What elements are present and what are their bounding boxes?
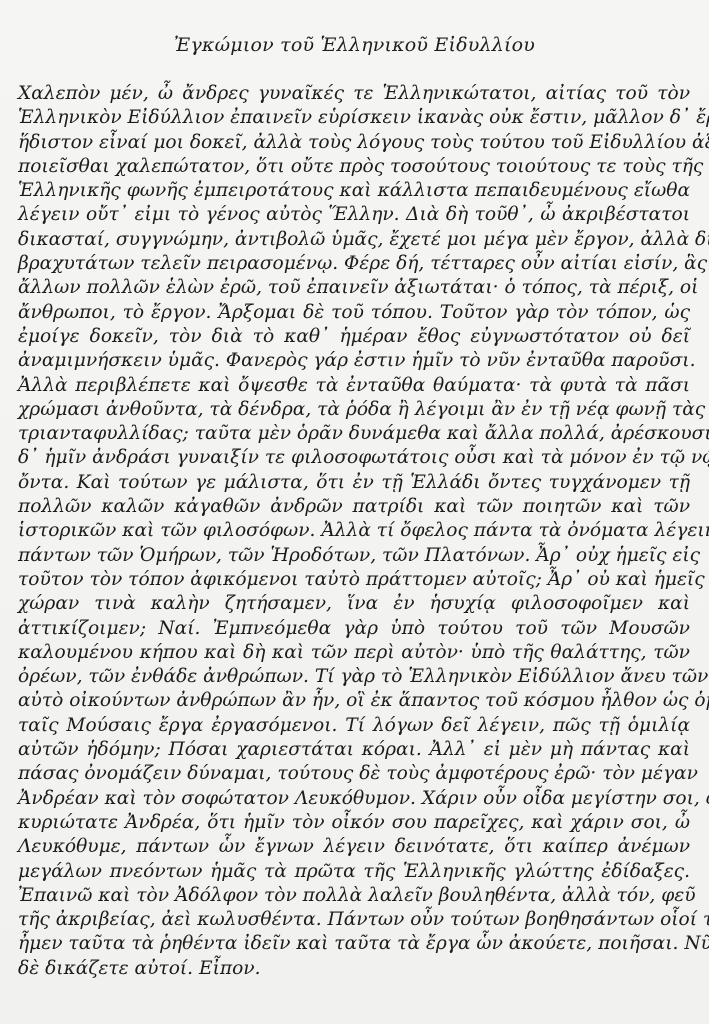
text-line: πάσας ὀνομάζειν δύναμαι, τούτους δὲ τοὺς… xyxy=(18,762,690,786)
text-line: τοῦτον τὸν τόπον ἀφικόμενοι ταὐτὸ πράττο… xyxy=(18,568,690,592)
text-line: δικασταί, συγγνώμην, ἀντιβολῶ ὑμᾶς, ἔχετ… xyxy=(18,228,690,252)
text-line: Λευκόθυμε, πάντων ὧν ἔγνων λέγειν δεινότ… xyxy=(18,835,690,859)
text-line: ἄλλων πολλῶν ἑλὼν ἐρῶ, τοῦ ἐπαινεῖν ἀξιω… xyxy=(18,276,690,300)
text-line: πάντων τῶν Ὁμήρων, τῶν Ἡροδότων, τῶν Πλα… xyxy=(18,544,690,568)
text-line: τῆς ἀκριβείας, ἀεὶ κωλυσθέντα. Πάντων οὖ… xyxy=(18,908,690,932)
text-line: ἦμεν ταῦτα τὰ ῥηθέντα ἰδεῖν καὶ ταῦτα τὰ… xyxy=(18,932,690,956)
text-line: Χαλεπὸν μέν, ὦ ἄνδρες γυναῖκές τε Ἑλληνι… xyxy=(18,82,690,106)
text-line: χρώμασι ἀνθοῦντα, τὰ δένδρα, τὰ ῥόδα ἢ λ… xyxy=(18,398,690,422)
text-line: ποιεῖσθαι χαλεπώτατον, ὅτι οὔτε πρὸς τοσ… xyxy=(18,155,690,179)
text-line: κυριώτατε Ἀνδρέα, ὅτι ἡμῖν τὸν οἶκόν σου… xyxy=(18,811,690,835)
text-line: ἄνθρωποι, τὸ ἔργον. Ἄρξομαι δὲ τοῦ τόπου… xyxy=(18,301,690,325)
text-line: Ἑλληνικὸν Εἰδύλλιον ἐπαινεῖν εὑρίσκειν ἱ… xyxy=(18,106,690,130)
text-line: καλουμένου κήπου καὶ δὴ καὶ τῶν περὶ αὐτ… xyxy=(18,641,690,665)
text-line: Ἐπαινῶ καὶ τὸν Ἀδόλφον τὸν πολλὰ λαλεῖν … xyxy=(18,884,690,908)
text-line: χώραν τινὰ καλὴν ζητήσαμεν, ἵνα ἐν ἡσυχί… xyxy=(18,592,690,616)
text-line: ἀττικίζοιμεν; Ναί. Ἐμπνεόμεθα γὰρ ὑπὸ το… xyxy=(18,617,690,641)
text-line: Ἀνδρέαν καὶ τὸν σοφώτατον Λευκόθυμον. Χά… xyxy=(18,787,690,811)
text-line: μεγάλων πνεόντων ἡμᾶς τὰ πρῶτα τῆς Ἑλλην… xyxy=(18,860,690,884)
text-line: ταῖς Μούσαις ἔργα ἐργασόμενοι. Τί λόγων … xyxy=(18,714,690,738)
scanned-page: Ἐγκώμιον τοῦ Ἑλληνικοῦ Εἰδυλλίου Χαλεπὸν… xyxy=(0,0,709,1024)
text-line: Ἀλλὰ περιβλέπετε καὶ ὄψεσθε τὰ ἐνταῦθα θ… xyxy=(18,374,690,398)
page-title: Ἐγκώμιον τοῦ Ἑλληνικοῦ Εἰδυλλίου xyxy=(0,34,709,56)
text-line: αὐτὸ οἰκούντων ἀνθρώπων ἂν ἦν, οἳ ἐκ ἅπα… xyxy=(18,689,690,713)
text-line: ἐμοίγε δοκεῖν, τὸν διὰ τὸ καθ᾽ ἡμέραν ἔθ… xyxy=(18,325,690,349)
text-line: ὄντα. Καὶ τούτων γε μάλιστα, ὅτι ἐν τῇ Ἑ… xyxy=(18,471,690,495)
text-line: βραχυτάτων τελεῖν πειρασομένῳ. Φέρε δή, … xyxy=(18,252,690,276)
text-line: Ἑλληνικῆς φωνῆς ἐμπειροτάτους καὶ κάλλισ… xyxy=(18,179,690,203)
text-line: δ᾽ ἡμῖν ἀνδράσι γυναιξίν τε φιλοσοφωτάτο… xyxy=(18,446,690,470)
text-line: λέγειν οὔτ᾽ εἰμι τὸ γένος αὐτὸς Ἕλλην. Δ… xyxy=(18,203,690,227)
text-line: πολλῶν καλῶν κἀγαθῶν ἀνδρῶν πατρίδι καὶ … xyxy=(18,495,690,519)
body-text: Χαλεπὸν μέν, ὦ ἄνδρες γυναῖκές τε Ἑλληνι… xyxy=(18,82,690,981)
text-line: ἀναμιμνήσκειν ὑμᾶς. Φανερὸς γάρ ἐστιν ἡμ… xyxy=(18,349,690,373)
text-line: ἱστορικῶν καὶ τῶν φιλοσόφων. Ἀλλὰ τί ὄφε… xyxy=(18,519,690,543)
text-line: ἥδιστον εἶναί μοι δοκεῖ, ἀλλὰ τοὺς λόγου… xyxy=(18,131,690,155)
text-line-last: δὲ δικάζετε αὐτοί. Εἶπον. xyxy=(18,957,690,981)
text-line: αὐτῶν ἡδόμην; Πόσαι χαριεστάται κόραι. Ἀ… xyxy=(18,738,690,762)
text-line: τριανταφυλλίδας; ταῦτα μὲν ὁρᾶν δυνάμεθα… xyxy=(18,422,690,446)
text-line: ὀρέων, τῶν ἐνθάδε ἀνθρώπων. Τί γὰρ τὸ Ἑλ… xyxy=(18,665,690,689)
